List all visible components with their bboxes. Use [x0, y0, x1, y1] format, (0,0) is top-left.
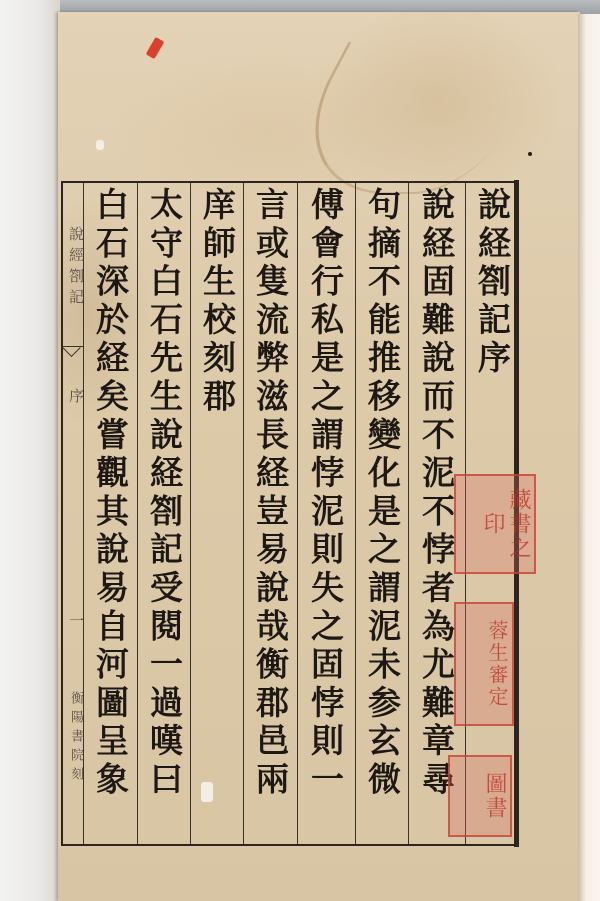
water-stain	[268, 42, 552, 194]
text-column-6: 庠師生校刻郡	[192, 187, 242, 842]
banxin-book-title: 說經劄記	[64, 193, 84, 343]
banxin-page-number: 一	[64, 608, 84, 638]
text-column-4: 傅會行私是之謂悖泥則失之固悖則一	[300, 187, 350, 842]
background-left	[0, 0, 60, 901]
text-column-5: 言或隻流弊滋長経豈易說哉衡郡邑兩	[245, 187, 295, 842]
column-rule	[137, 183, 138, 844]
text-column-3: 句摘不能推移變化是之謂泥未参玄微	[357, 187, 407, 842]
next-page-edge	[578, 14, 600, 901]
worm-hole	[528, 152, 532, 156]
column-rule	[297, 183, 298, 844]
seal-middle: 蓉生審定	[454, 602, 514, 726]
seal-bottom: 圖書	[448, 755, 512, 837]
column-rule	[355, 183, 356, 844]
banxin-publisher: 衡陽書院刻	[64, 653, 84, 823]
text-frame: 說經劄記 序 一 衡陽書院刻 說経劄記序 說経固難說而不泥不悖者為尤難章尋 句摘…	[61, 181, 518, 846]
text-column-7: 太守白石先生說経劄記受閱一過嘆曰	[139, 187, 189, 842]
banxin-margin: 說經劄記 序 一 衡陽書院刻	[63, 183, 85, 844]
banxin-section: 序	[64, 383, 84, 413]
column-rule	[83, 183, 84, 844]
paper-damage	[96, 140, 104, 150]
red-ink-mark	[146, 37, 165, 59]
text-column-8: 白石深於経矣嘗觀其說易自河圖呈象	[85, 187, 135, 842]
column-rule	[190, 183, 191, 844]
column-rule	[243, 183, 244, 844]
fishtail-mark	[63, 346, 83, 367]
column-rule	[408, 183, 409, 844]
seal-top: 藏書之印	[454, 474, 536, 574]
